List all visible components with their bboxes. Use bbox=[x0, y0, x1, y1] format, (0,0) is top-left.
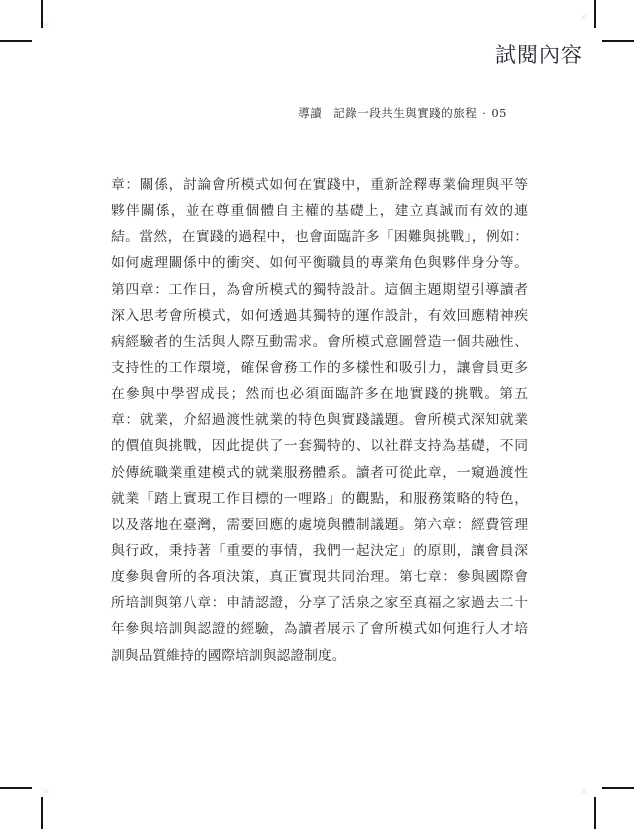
body-line: 支持性的工作環境，確保會務工作的多樣性和吸引力，讓會員更多 bbox=[111, 355, 528, 381]
body-text: 章：關係，討論會所模式如何在實踐中，重新詮釋專業倫理與平等夥伴關係，並在尊重個體… bbox=[111, 172, 528, 669]
registration-mark-icon: ✕ bbox=[42, 22, 50, 32]
body-line: 以及落地在臺灣，需要回應的處境與體制議題。第六章：經費管理 bbox=[111, 512, 528, 538]
body-line: 訓與品質維持的國際培訓與認證制度。 bbox=[111, 643, 528, 669]
crop-mark-top-right-horizontal bbox=[602, 40, 634, 42]
crop-mark-bottom-right-horizontal bbox=[602, 787, 634, 789]
body-line: 病經驗者的生活與人際互動需求。會所模式意圖營造一個共融性、 bbox=[111, 329, 528, 355]
body-line: 的價值與挑戰，因此提供了一套獨特的、以社群支持為基礎，不同 bbox=[111, 433, 528, 459]
registration-mark-icon: ✕ bbox=[580, 788, 588, 798]
body-line: 結。當然，在實踐的過程中，也會面臨許多「困難與挑戰」，例如： bbox=[111, 224, 528, 250]
running-header-section-label: 導讀 bbox=[298, 106, 322, 120]
crop-mark-bottom-left-horizontal bbox=[0, 787, 32, 789]
crop-mark-top-right-vertical bbox=[594, 0, 596, 28]
body-line: 深入思考會所模式，如何透過其獨特的運作設計，有效回應精神疾 bbox=[111, 303, 528, 329]
registration-mark-icon: ✕ bbox=[579, 14, 587, 24]
crop-mark-bottom-right-vertical bbox=[594, 797, 596, 829]
running-header-chapter-title: 記錄一段共生與實踐的旅程 bbox=[333, 106, 477, 120]
preview-content-title: 試閱內容 bbox=[495, 43, 583, 68]
running-header-page-number: 05 bbox=[491, 106, 507, 120]
running-header: 導讀記錄一段共生與實踐的旅程·05 bbox=[298, 105, 507, 121]
body-line: 夥伴關係，並在尊重個體自主權的基礎上，建立真誠而有效的連 bbox=[111, 198, 528, 224]
body-line: 度參與會所的各項決策，真正實現共同治理。第七章：參與國際會 bbox=[111, 564, 528, 590]
crop-mark-top-left-horizontal bbox=[0, 40, 32, 42]
body-line: 就業「踏上實現工作目標的一哩路」的觀點，和服務策略的特色， bbox=[111, 486, 528, 512]
running-header-separator: · bbox=[482, 106, 486, 120]
body-line: 在參與中學習成長；然而也必須面臨許多在地實踐的挑戰。第五 bbox=[111, 381, 528, 407]
body-line: 所培訓與第八章：申請認證，分享了活泉之家至真福之家過去二十 bbox=[111, 590, 528, 616]
registration-mark-icon: ✕ bbox=[42, 788, 50, 798]
book-preview-page: ✕ ✕ ✕ ✕ 試閱內容 導讀記錄一段共生與實踐的旅程·05 章：關係，討論會所… bbox=[0, 0, 634, 829]
crop-mark-bottom-left-vertical bbox=[41, 797, 43, 829]
body-line: 與行政，秉持著「重要的事情，我們一起決定」的原則，讓會員深 bbox=[111, 538, 528, 564]
body-line: 於傳統職業重建模式的就業服務體系。讀者可從此章，一窺過渡性 bbox=[111, 460, 528, 486]
body-line: 章：就業，介紹過渡性就業的特色與實踐議題。會所模式深知就業 bbox=[111, 407, 528, 433]
body-line: 如何處理關係中的衝突、如何平衡職員的專業角色與夥伴身分等。 bbox=[111, 250, 528, 276]
body-line: 第四章：工作日，為會所模式的獨特設計。這個主題期望引導讀者 bbox=[111, 277, 528, 303]
body-line: 章：關係，討論會所模式如何在實踐中，重新詮釋專業倫理與平等 bbox=[111, 172, 528, 198]
body-line: 年參與培訓與認證的經驗，為讀者展示了會所模式如何進行人才培 bbox=[111, 616, 528, 642]
